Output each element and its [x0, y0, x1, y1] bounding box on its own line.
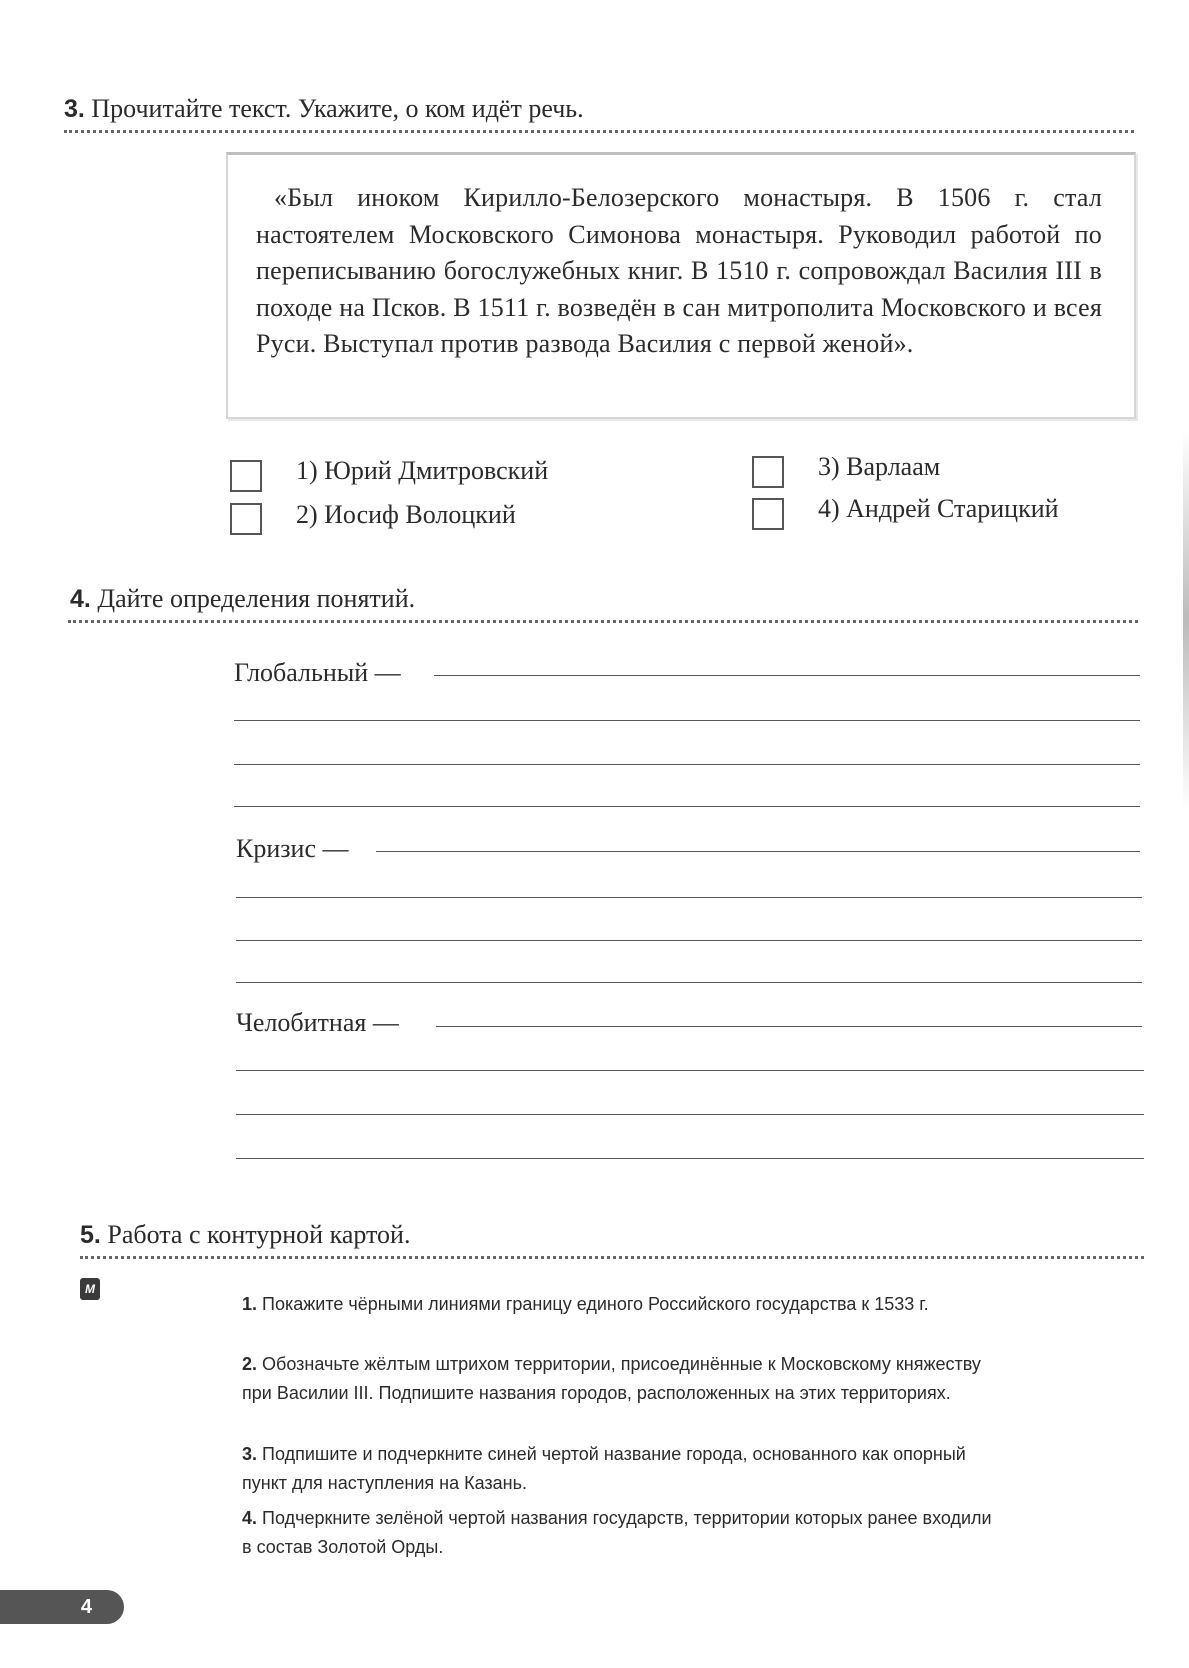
instruction-number: 1.	[242, 1294, 257, 1314]
answer-line[interactable]	[236, 940, 1142, 941]
instruction-text: Обозначьте жёлтым штрихом территории, пр…	[242, 1354, 981, 1403]
instruction-1: 1. Покажите чёрными линиями границу един…	[242, 1290, 1002, 1319]
answer-line[interactable]	[236, 897, 1142, 898]
instruction-text: Покажите чёрными линиями границу единого…	[262, 1294, 929, 1314]
option-1-checkbox[interactable]	[230, 460, 262, 492]
divider	[68, 620, 1138, 623]
instruction-text: Подчеркните зелёной чертой названия госу…	[242, 1508, 992, 1557]
option-3-checkbox[interactable]	[752, 456, 784, 488]
term-globalny-answer-line[interactable]	[434, 675, 1140, 676]
instruction-2: 2. Обозначьте жёлтым штрихом территории,…	[242, 1350, 1002, 1408]
map-task-badge-icon: М	[80, 1278, 100, 1300]
instruction-3: 3. Подпишите и подчеркните синей чертой …	[242, 1440, 1002, 1498]
task-3-title: Прочитайте текст. Укажите, о ком идёт ре…	[91, 94, 583, 123]
option-2-checkbox[interactable]	[230, 503, 262, 535]
task-3-heading: 3. Прочитайте текст. Укажите, о ком идёт…	[64, 94, 584, 124]
task-5-heading: 5. Работа с контурной картой.	[80, 1220, 410, 1250]
task-4-heading: 4. Дайте определения понятий.	[70, 584, 415, 614]
term-krizis-answer-line[interactable]	[376, 851, 1140, 852]
option-3-label: 3) Варлаам	[818, 452, 940, 482]
instruction-number: 4.	[242, 1508, 257, 1528]
instruction-4: 4. Подчеркните зелёной чертой названия г…	[242, 1504, 1002, 1562]
quote-text: «Был иноком Кирилло-Белозерского монасты…	[256, 180, 1102, 363]
task-4-number: 4.	[70, 585, 91, 613]
answer-line[interactable]	[236, 1114, 1144, 1115]
page-number: 4	[81, 1596, 92, 1619]
instruction-number: 3.	[242, 1444, 257, 1464]
term-chelobitnaya-label: Челобитная —	[236, 1008, 399, 1038]
option-4-checkbox[interactable]	[752, 498, 784, 530]
instruction-text: Подпишите и подчеркните синей чертой наз…	[242, 1444, 966, 1493]
answer-line[interactable]	[234, 720, 1140, 721]
page-edge-shadow	[1183, 430, 1189, 810]
term-globalny-label: Глобальный —	[234, 658, 401, 688]
term-chelobitnaya-answer-line[interactable]	[436, 1026, 1142, 1027]
answer-line[interactable]	[234, 806, 1140, 807]
answer-line[interactable]	[236, 1070, 1144, 1071]
divider	[80, 1256, 1144, 1259]
instruction-number: 2.	[242, 1354, 257, 1374]
term-krizis-label: Кризис —	[236, 834, 348, 864]
task-5-title: Работа с контурной картой.	[107, 1220, 410, 1249]
page-number-tab: 4	[0, 1590, 124, 1624]
option-2-label: 2) Иосиф Волоцкий	[296, 500, 516, 530]
divider	[64, 130, 1134, 133]
task-3-number: 3.	[64, 95, 85, 123]
answer-line[interactable]	[234, 764, 1140, 765]
task-4-title: Дайте определения понятий.	[97, 584, 415, 613]
option-1-label: 1) Юрий Дмитровский	[296, 456, 548, 486]
answer-line[interactable]	[236, 1158, 1144, 1159]
task-5-number: 5.	[80, 1221, 101, 1249]
answer-line[interactable]	[236, 982, 1142, 983]
option-4-label: 4) Андрей Старицкий	[818, 494, 1059, 524]
